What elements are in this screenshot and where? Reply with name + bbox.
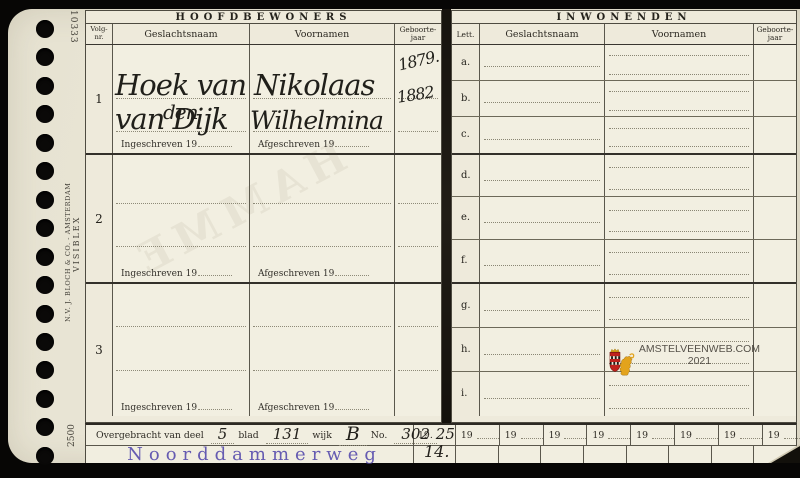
ingeschreven-label: Ingeschreven 19 [121,139,232,150]
watermark-year: 2021 [639,355,760,367]
geslachtsnaam-cell: Ingeschreven 19 [113,155,250,282]
letter-label: i. [452,372,480,416]
blad-label: blad [238,430,258,441]
binder-hole [36,134,54,152]
afgeschreven-label: Afgeschreven 19 [258,268,369,279]
hoofdbewoners-table: HOOFDBEWONERS Volg- nr. Geslachtsnaam Vo… [85,10,442,423]
wijk-label: wijk [312,430,331,441]
geboortejaar-cell [754,372,796,416]
col-voornamen: Voornamen [605,24,754,44]
voornamen-cell: Afgeschreven 19 [250,284,395,416]
geboortejaar-cell [754,117,796,153]
hoofdbewoners-header: Volg- nr. Geslachtsnaam Voornamen Geboor… [86,24,441,45]
afgeschreven-label: Afgeschreven 19 [258,139,369,150]
empty-cell [541,446,584,463]
handwritten-surname: van Dijk [115,105,228,134]
watermark-site: AMSTELVEENWEB.COM [639,343,760,355]
printer-brand: VISIBLEX [72,216,81,272]
street-row: Noorddammerweg 14. [86,446,796,463]
handwritten-firstname: Nikolaas [254,71,374,100]
inwonenden-header: Lett. Geslachtsnaam Voornamen Geboorte- … [452,24,796,45]
binder-hole [36,361,54,379]
dotted-tail [521,431,543,439]
year-cell: 19 [631,425,675,445]
voornamen-cell [605,197,754,238]
dotted-tail [652,431,674,439]
binder-hole [36,191,54,209]
geslachtsnaam-cell [480,328,605,371]
binder-hole [36,305,54,323]
resident-row-3: 3 Ingeschreven 19 Afgeschreven 19 [86,284,441,416]
lodger-row-a: a. [452,45,796,81]
dotted-tail [740,431,762,439]
resident-row-1: 1 Hoek van den van Dijk Ingeschreven 19 … [86,45,441,155]
binder-hole [36,333,54,351]
transfer-prefix: Overgebracht van deel [96,430,204,441]
geslachtsnaam-cell [480,372,605,416]
geboortejaar-cell [754,197,796,238]
house-number-cell: 14. [414,446,456,463]
handwritten-surname: Hoek van [115,71,246,100]
volgnr-value: 3 [86,284,113,416]
volgnr-value: 1 [86,45,113,153]
col-geboortejaar-line: jaar [754,34,796,42]
year-cell: 19 [456,425,500,445]
volgnr-value: 2 [86,155,113,282]
letter-label: c. [452,117,480,153]
letter-label: e. [452,197,480,238]
geslachtsnaam-cell [480,197,605,238]
hoofdbewoners-body: 1 Hoek van den van Dijk Ingeschreven 19 … [86,45,441,416]
geboortejaar-cell [754,81,796,116]
voornamen-cell [605,117,754,153]
geslachtsnaam-cell: Ingeschreven 19 [113,284,250,416]
dotted-tail [608,431,630,439]
geslachtsnaam-cell [480,45,605,80]
voornamen-cell [605,284,754,327]
geslachtsnaam-cell [480,117,605,153]
voornamen-cell [605,45,754,80]
empty-cell [499,446,542,463]
voornamen-cell [605,155,754,196]
empty-cell [627,446,670,463]
geslachtsnaam-cell [480,284,605,327]
dotted-tail [198,402,232,410]
geslachtsnaam-cell [480,155,605,196]
geboortejaar-cell [754,240,796,282]
resident-row-2: 2 Ingeschreven 19 Afgeschreven 19 [86,155,441,284]
lodger-group-1: a. b. c. [452,45,796,155]
geboortejaar-cell [754,328,796,371]
ingeschreven-label: Ingeschreven 19 [121,268,232,279]
letter-label: d. [452,155,480,196]
col-geboortejaar: Geboorte- jaar [754,24,796,44]
amstelveen-coat-of-arms-icon [608,343,636,381]
letter-label: g. [452,284,480,327]
binder-hole [36,77,54,95]
letter-label: h. [452,328,480,371]
binder-hole [36,48,54,66]
binder-hole [36,390,54,408]
population-register-card-scan: 10333 VISIBLEX N.V. J. BLOCH & CO. - AMS… [0,0,800,478]
geslachtsnaam-cell [480,81,605,116]
lodger-row-f: f. [452,240,796,282]
footer-table: Overgebracht van deel 5 blad 131 wijk B … [85,423,797,463]
section-divider [442,9,451,424]
binder-hole [36,248,54,266]
lodger-row-b: b. [452,81,796,117]
handwritten-wijk: B [339,425,367,446]
binder-hole [36,276,54,294]
form-number-bottom: 2500 [67,424,77,447]
handwritten-birthyear: 1879. [397,49,440,74]
dotted-tail [335,268,369,276]
year-cell: 19 [719,425,763,445]
lodger-row-d: d. [452,155,796,197]
afgeschreven-label: Afgeschreven 19 [258,402,369,413]
handwritten-birthyear: 1882 [396,84,435,106]
lodger-row-e: e. [452,197,796,239]
handwritten-year: 25 [436,425,455,443]
empty-cell [584,446,627,463]
lodger-row-g: g. [452,284,796,328]
geboortejaar-cell [754,155,796,196]
lodger-row-c: c. [452,117,796,153]
letter-label: a. [452,45,480,80]
empty-cell [669,446,712,463]
empty-cell [712,446,755,463]
col-geboortejaar: Geboorte- jaar [395,24,441,44]
geboortejaar-cell [395,155,441,282]
col-volgnr: Volg- nr. [86,24,113,44]
voornamen-cell [605,240,754,282]
geboortejaar-cell: 1879. 1882 [395,45,441,153]
binder-hole [36,20,54,38]
col-voornamen: Voornamen [250,24,395,44]
dotted-tail [564,431,586,439]
lodger-group-2: d. e. f. [452,155,796,284]
year-cell: 19 [544,425,588,445]
year-cell: 19 [763,425,800,445]
dotted-tail [335,402,369,410]
dotted-tail [784,431,800,439]
letter-label: f. [452,240,480,282]
dotted-tail [477,431,499,439]
binder-hole [36,162,54,180]
watermark: AMSTELVEENWEB.COM 2021 [608,343,760,381]
geboortejaar-cell [754,45,796,80]
voornamen-cell [605,81,754,116]
printer-company: N.V. J. BLOCH & CO. - AMSTERDAM [64,183,72,323]
handwritten-house-number: 14. [424,442,449,461]
binder-hole [36,447,54,465]
year-cell: 19 [675,425,719,445]
letter-label: b. [452,81,480,116]
transfer-cell: Overgebracht van deel 5 blad 131 wijk B … [86,425,414,445]
dotted-tail [198,139,232,147]
no-label: No. [371,430,388,441]
col-lett: Lett. [452,24,480,44]
hoofdbewoners-title: HOOFDBEWONERS [86,11,441,24]
year-printed: 19. [418,430,433,441]
handwritten-firstname: Wilhelmina [250,108,383,133]
col-volgnr-line: nr. [86,34,112,42]
empty-cell [456,446,499,463]
dotted-tail [198,268,232,276]
col-geslachtsnaam: Geslachtsnaam [480,24,605,44]
col-geslachtsnaam: Geslachtsnaam [113,24,250,44]
binder-hole [36,418,54,436]
street-stamp: Noorddammerweg [127,444,382,465]
street-cell: Noorddammerweg [86,446,414,463]
dotted-tail [335,139,369,147]
geboortejaar-cell [754,284,796,327]
voornamen-cell: Nikolaas Wilhelmina Afgeschreven 19 [250,45,395,153]
handwritten-blad: 131 [266,427,309,444]
geboortejaar-cell [395,284,441,416]
binder-hole [36,219,54,237]
form-number-top: 10333 [68,10,78,44]
ingeschreven-label: Ingeschreven 19 [121,402,232,413]
year-cell: 19 [587,425,631,445]
voornamen-cell: Afgeschreven 19 [250,155,395,282]
col-geboortejaar-line: jaar [395,34,441,42]
binder-hole [36,105,54,123]
dotted-tail [696,431,718,439]
geslachtsnaam-cell: Hoek van den van Dijk Ingeschreven 19 [113,45,250,153]
inwonenden-title: INWONENDEN [452,11,796,24]
year-cell: 19 [500,425,544,445]
handwritten-deel: 5 [211,427,235,444]
geslachtsnaam-cell [480,240,605,282]
watermark-text: AMSTELVEENWEB.COM 2021 [639,343,760,367]
